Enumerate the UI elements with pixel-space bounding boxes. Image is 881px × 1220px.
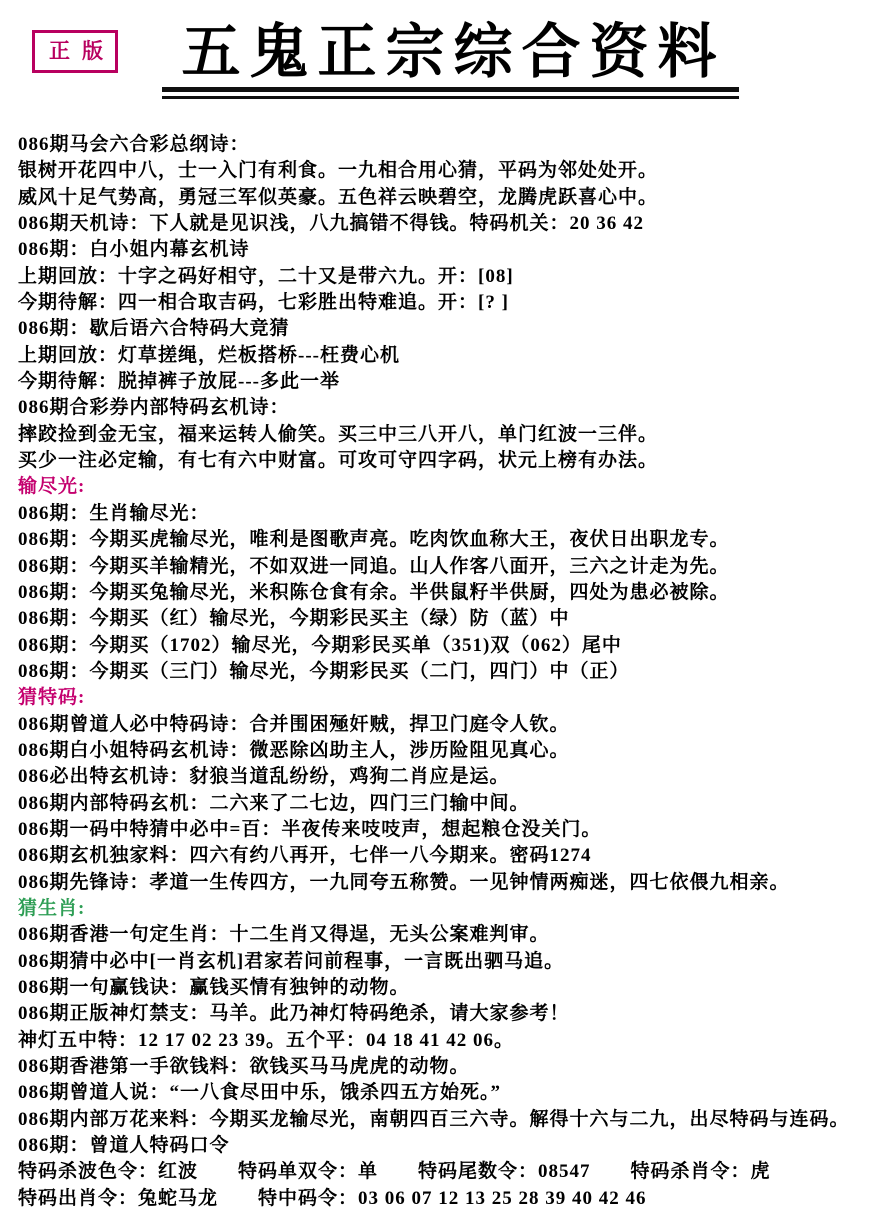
text-line: 086期曾道人说：“一八食尽田中乐，饿杀四五方始死。” (18, 1080, 877, 1106)
text-line: 086期香港一句定生肖：十二生肖又得逞，无头公案难判审。 (18, 922, 877, 948)
page-title: 五鬼正宗综合资料 (181, 14, 725, 91)
title-underline (162, 87, 739, 99)
text-line: 086期一码中特猜中必中=百：半夜传来吱吱声，想起粮仓没关门。 (18, 817, 877, 843)
text-line: 086期：今期买虎输尽光，唯利是图歌声亮。吃肉饮血称大王，夜伏日出职龙专。 (18, 527, 877, 553)
text-line: 086期：今期买（1702）输尽光，今期彩民买单（351)双（062）尾中 (18, 633, 877, 659)
text-line: 086期：白小姐内幕玄机诗 (18, 237, 877, 263)
text-line: 086期天机诗：下人就是见识浅，八九搞错不得钱。特码机关：20 36 42 (18, 211, 877, 237)
text-line: 086必出特玄机诗：豺狼当道乱纷纷，鸡狗二肖应是运。 (18, 764, 877, 790)
text-line: 086期内部万花来料：今期买龙输尽光，南朝四百三六寺。解得十六与二九，出尽特码与… (18, 1107, 877, 1133)
text-line: 086期：生肖输尽光： (18, 501, 877, 527)
text-line: 086期：今期买羊输精光，不如双进一同追。山人作客八面开，三六之计走为先。 (18, 554, 877, 580)
text-line: 086期：歇后语六合特码大竞猜 (18, 316, 877, 342)
text-line: 上期回放：灯草搓绳，烂板搭桥---枉费心机 (18, 343, 877, 369)
text-line: 神灯五中特：12 17 02 23 39。五个平：04 18 41 42 06。 (18, 1028, 877, 1054)
text-line: 特码杀波色令：红波 特码单双令：单 特码尾数令：08547 特码杀肖令：虎 (18, 1159, 877, 1185)
text-line: 今期待解：四一相合取吉码，七彩胜出特难追。开：[? ] (18, 290, 877, 316)
text-line: 086期：今期买（红）输尽光，今期彩民买主（绿）防（蓝）中 (18, 606, 877, 632)
text-line: 086期：今期买（三门）输尽光，今期彩民买（二门，四门）中（正） (18, 659, 877, 685)
text-line: 摔跤捡到金无宝，福来运转人偷笑。买三中三八开八，单门红波一三伴。 (18, 422, 877, 448)
page-header: 五鬼正宗综合资料 (0, 14, 881, 99)
text-line: 086期：曾道人特码口令 (18, 1133, 877, 1159)
text-line: 086期先锋诗：孝道一生传四方，一九同夸五称赞。一见钟情两痴迷，四七依偎九相亲。 (18, 870, 877, 896)
text-line: 086期香港第一手欲钱料：欲钱买马马虎虎的动物。 (18, 1054, 877, 1080)
text-line: 银树开花四中八，士一入门有利食。一九相合用心猜，平码为邻处处开。 (18, 158, 877, 184)
text-line: 086期合彩券内部特码玄机诗： (18, 395, 877, 421)
text-line: 086期猜中必中[一肖玄机]君家若问前程事，一言既出驷马追。 (18, 949, 877, 975)
text-line: 威风十足气势高，勇冠三军似英豪。五色祥云映碧空，龙腾虎跃喜心中。 (18, 185, 877, 211)
text-line: 086期玄机独家料：四六有约八再开，七伴一八今期来。密码1274 (18, 843, 877, 869)
section-header-caishengxiao: 猜生肖: (18, 896, 877, 922)
content-body: 086期马会六合彩总纲诗： 银树开花四中八，士一入门有利食。一九相合用心猜，平码… (18, 132, 877, 1212)
text-line: 086期正版神灯禁支：马羊。此乃神灯特码绝杀，请大家参考！ (18, 1001, 877, 1027)
text-line: 上期回放：十字之码好相守，二十又是带六九。开：[08] (18, 264, 877, 290)
text-line: 特码出肖令：兔蛇马龙 特中码令：03 06 07 12 13 25 28 39 … (18, 1186, 877, 1212)
text-line: 买少一注必定输，有七有六中财富。可攻可守四字码，状元上榜有办法。 (18, 448, 877, 474)
text-line: 086期马会六合彩总纲诗： (18, 132, 877, 158)
text-line: 086期一句赢钱诀：赢钱买情有独钟的动物。 (18, 975, 877, 1001)
text-line: 今期待解：脱掉裤子放屁---多此一举 (18, 369, 877, 395)
text-line: 086期内部特码玄机：二六来了二七边，四门三门输中间。 (18, 791, 877, 817)
text-line: 086期：今期买兔输尽光，米积陈仓食有余。半供鼠籽半供厨，四处为患必被除。 (18, 580, 877, 606)
section-header-shujinguang: 输尽光: (18, 474, 877, 500)
section-header-caitema: 猜特码: (18, 685, 877, 711)
text-line: 086期曾道人必中特码诗：合并围困殛奸贼，捍卫门庭令人钦。 (18, 712, 877, 738)
text-line: 086期白小姐特码玄机诗：微恶除凶助主人，涉历险阻见真心。 (18, 738, 877, 764)
